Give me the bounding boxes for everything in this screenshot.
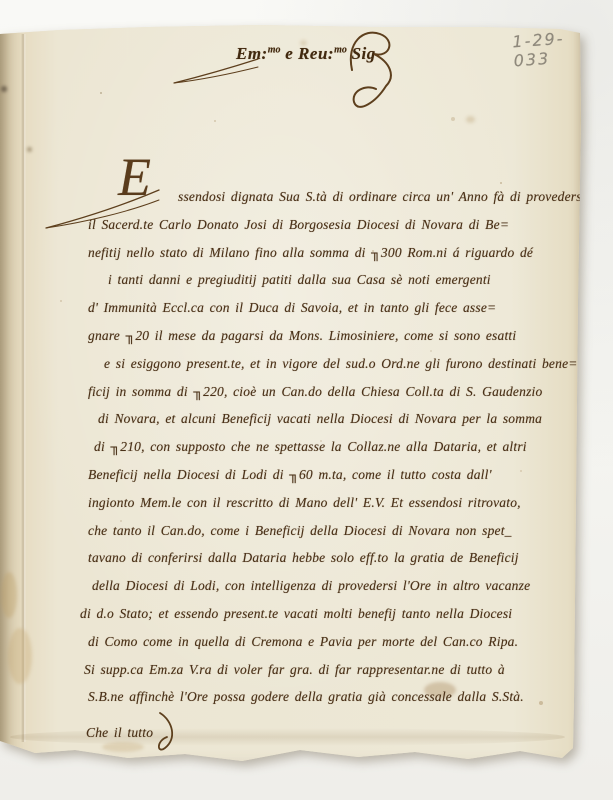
manuscript-line: Beneficij nella Diocesi di Lodi di ╖60 m… [88,461,568,489]
manuscript-line: che tanto il Can.do, come i Beneficij de… [88,517,568,545]
manuscript-line: ssendosi dignata Sua S.tà di ordinare ci… [88,183,568,211]
stain [8,628,32,684]
salutation-abbr-reverendissimo: Reu: [298,44,334,63]
manuscript-line: di Novara, et alcuni Beneficij vacati ne… [98,405,568,433]
manuscript-line: nefitij nello stato di Milano fino alla … [88,239,568,267]
manuscript-line: ingionto Mem.le con il rescritto di Mano… [88,489,568,517]
stain [1,572,17,618]
paper-freckles [0,0,2,2]
manuscript-line: il Sacerd.te Carlo Donato Josi di Borgos… [88,211,568,239]
salutation-left-flourish [172,56,260,88]
manuscript-line: di d.o Stato; et essendo present.te vaca… [80,600,568,628]
scan-background: Em:mo e Reu:mo Sig 1-29-033 E ssendosi [0,0,613,800]
manuscript-line: e si esiggono present.te, et in vigore d… [104,350,568,378]
manuscript-line: tavano di conferirsi dalla Dataria hebbe… [88,544,568,572]
manuscript-line: di ╖210, con supposto che ne spettasse l… [94,433,568,461]
salutation-paraph-flourish [344,26,406,120]
archival-number: 1-29-033 [512,28,583,71]
stain [102,742,144,752]
closing-words: Che il tutto [86,725,153,740]
paper-wrapper: Em:mo e Reu:mo Sig 1-29-033 E ssendosi [0,0,613,800]
manuscript-line: d' Immunità Eccl.ca con il Duca di Savoi… [88,294,568,322]
manuscript-line: di Como come in quella di Cremona e Pavi… [88,628,568,656]
stain [1,86,7,92]
stain [27,147,32,152]
stain [466,116,475,123]
salutation-conjunction: e [281,44,299,63]
manuscript-line: gnare ╖20 il mese da pagarsi da Mons. Li… [88,322,568,350]
manuscript-line: i tanti danni e pregiuditij patiti dalla… [108,266,568,294]
letter-body: ssendosi dignata Sua S.tà di ordinare ci… [88,183,568,739]
salutation-superscript: mo [268,44,281,55]
manuscript-line: Che il tutto [86,711,568,739]
manuscript-line: Si supp.ca Em.za V.ra di voler far gra. … [84,656,568,684]
manuscript-line: S.B.ne affinchè l'Ore possa godere della… [88,683,568,711]
manuscript-line: ficij in somma di ╖220, cioè un Can.do d… [88,378,568,406]
manuscript-line: della Diocesi di Lodi, con intelligenza … [92,572,568,600]
paper-sheet: Em:mo e Reu:mo Sig 1-29-033 E ssendosi [0,0,582,776]
closing-paraph-flourish [155,711,183,755]
